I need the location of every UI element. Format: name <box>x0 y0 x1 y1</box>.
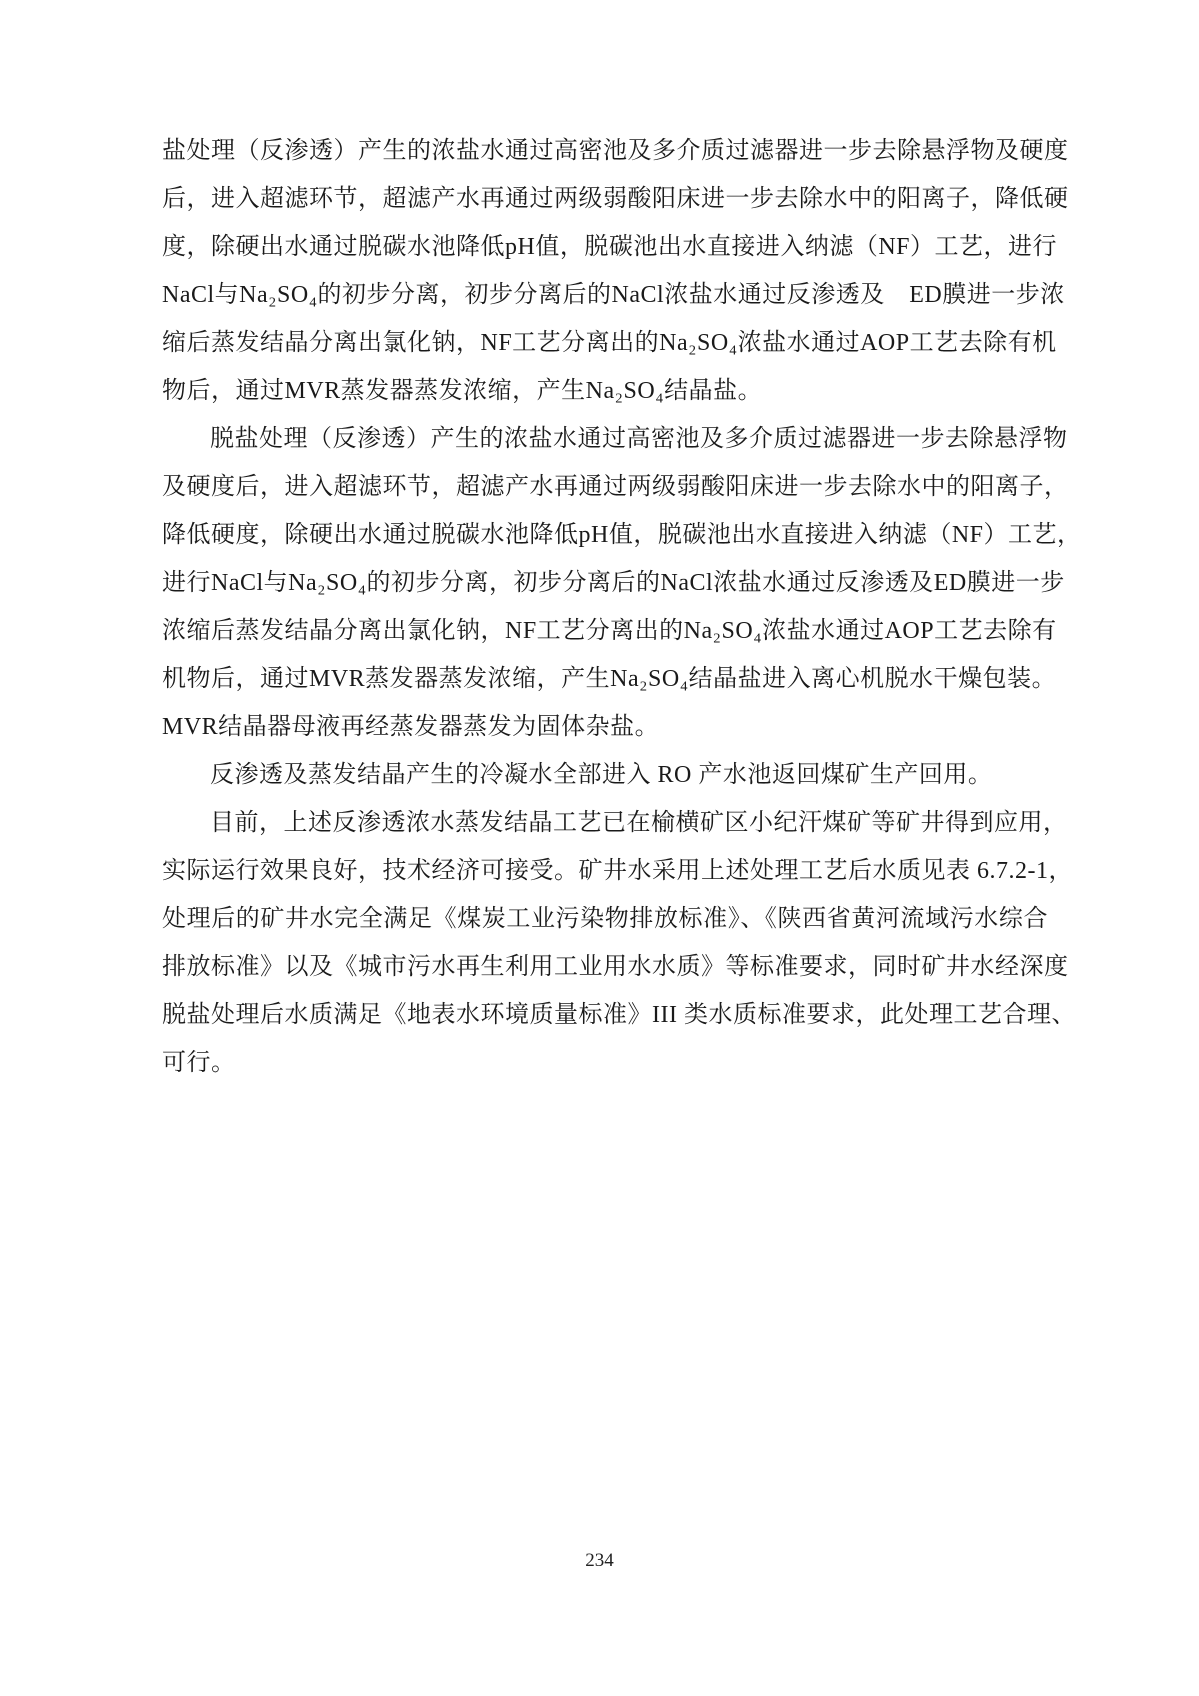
text-line: NaCl与Na₂SO₄的初步分离，初步分离后的NaCl浓盐水通过反渗透及 ED膜… <box>162 275 1048 315</box>
text-line: 机物后，通过MVR蒸发器蒸发浓缩，产生Na₂SO₄结晶盐进入离心机脱水干燥包装。 <box>162 659 1048 699</box>
text-line: 反渗透及蒸发结晶产生的冷凝水全部进入 RO 产水池返回煤矿生产回用。 <box>210 755 1048 795</box>
text-line: 进行NaCl与Na₂SO₄的初步分离，初步分离后的NaCl浓盐水通过反渗透及ED… <box>162 563 1048 603</box>
page-number: 234 <box>0 1550 1199 1572</box>
text-line: 脱盐处理（反渗透）产生的浓盐水通过高密池及多介质过滤器进一步去除悬浮物 <box>210 419 1048 459</box>
text-line: 可行。 <box>162 1043 1048 1083</box>
document-page: 盐处理（反渗透）产生的浓盐水通过高密池及多介质过滤器进一步去除悬浮物及硬度 后，… <box>0 0 1199 1696</box>
text-line: 排放标准》以及《城市污水再生利用工业用水水质》等标准要求，同时矿井水经深度 <box>162 947 1048 987</box>
text-line: 处理后的矿井水完全满足《煤炭工业污染物排放标准》、《陕西省黄河流域污水综合 <box>162 899 1048 939</box>
text-line: 及硬度后，进入超滤环节，超滤产水再通过两级弱酸阳床进一步去除水中的阳离子， <box>162 467 1048 507</box>
text-line: 浓缩后蒸发结晶分离出氯化钠，NF工艺分离出的Na₂SO₄浓盐水通过AOP工艺去除… <box>162 611 1048 651</box>
text-line: 降低硬度，除硬出水通过脱碳水池降低pH值，脱碳池出水直接进入纳滤（NF）工艺， <box>162 515 1048 555</box>
text-line: 实际运行效果良好，技术经济可接受。矿井水采用上述处理工艺后水质见表 6.7.2-… <box>162 851 1048 891</box>
text-line: 度，除硬出水通过脱碳水池降低pH值，脱碳池出水直接进入纳滤（NF）工艺，进行 <box>162 227 1048 267</box>
text-line: 缩后蒸发结晶分离出氯化钠，NF工艺分离出的Na₂SO₄浓盐水通过AOP工艺去除有… <box>162 323 1048 363</box>
text-line: 盐处理（反渗透）产生的浓盐水通过高密池及多介质过滤器进一步去除悬浮物及硬度 <box>162 131 1048 171</box>
text-line: 物后，通过MVR蒸发器蒸发浓缩，产生Na₂SO₄结晶盐。 <box>162 371 1048 411</box>
text-line: 后，进入超滤环节，超滤产水再通过两级弱酸阳床进一步去除水中的阳离子，降低硬 <box>162 179 1048 219</box>
text-line: MVR结晶器母液再经蒸发器蒸发为固体杂盐。 <box>162 707 1048 747</box>
text-line: 脱盐处理后水质满足《地表水环境质量标准》III 类水质标准要求，此处理工艺合理、 <box>162 995 1048 1035</box>
text-line: 目前，上述反渗透浓水蒸发结晶工艺已在榆横矿区小纪汗煤矿等矿井得到应用， <box>210 803 1048 843</box>
